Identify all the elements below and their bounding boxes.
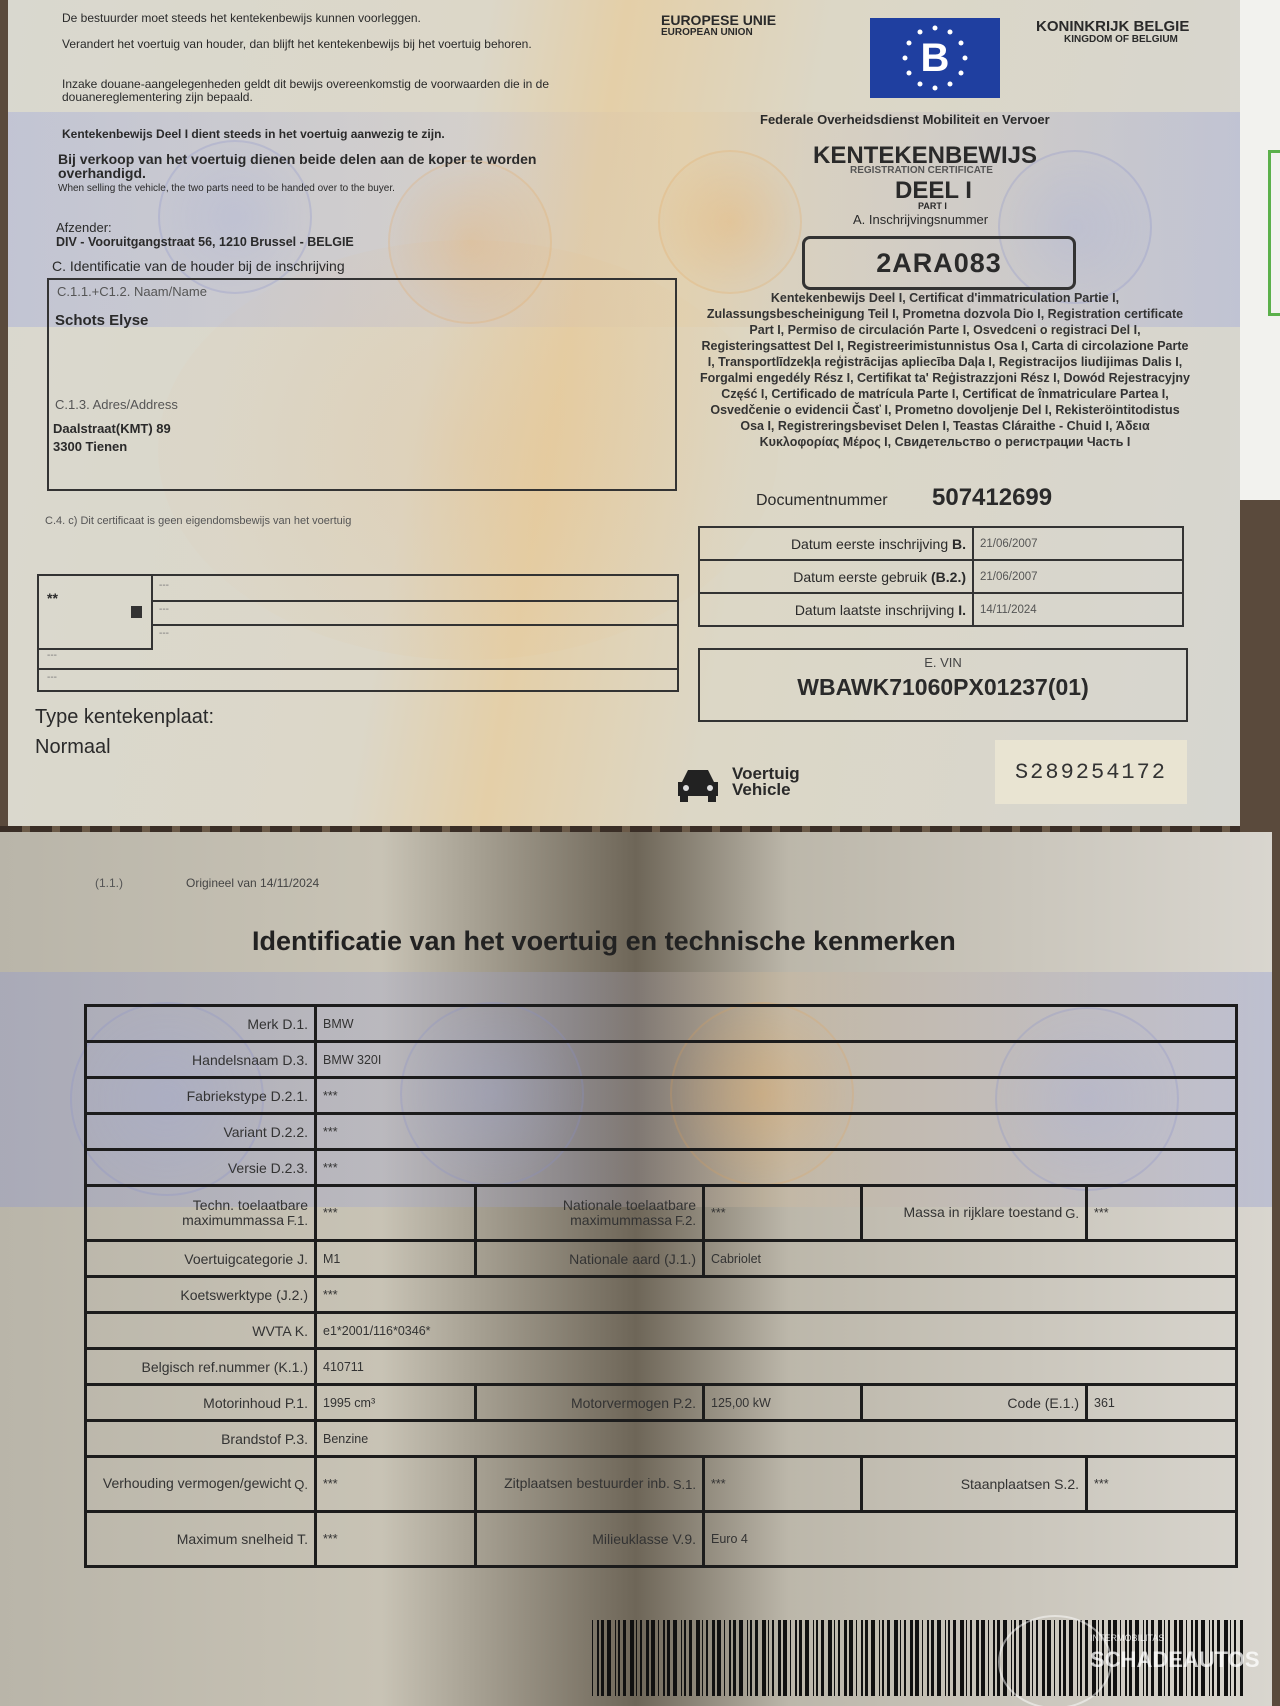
table-row: Brandstof P.3.Benzine [86,1421,1237,1457]
table-row: Belgisch ref.nummer (K.1.)410711 [86,1349,1237,1385]
wvta-label: WVTA K. [86,1313,316,1349]
date-label: Datum laatste inschrijving [795,602,955,618]
kingdom-label-nl: KONINKRIJK BELGIE [1036,18,1189,35]
address-label: C.1.3. Adres/Address [55,397,178,412]
g-value: *** [1087,1186,1237,1241]
vermogen-value: 125,00 kW [704,1385,862,1421]
fabriekstype-value: *** [316,1078,1237,1114]
variant-value: *** [316,1114,1237,1150]
note-sale-nl: Bij verkoop van het voertuig dienen beid… [58,152,578,180]
vin-label: E. VIN [700,655,1186,670]
note-owner-change: Verandert het voertuig van houder, dan b… [62,38,582,51]
code-value: 361 [1087,1385,1237,1421]
stars-marker: ** [47,590,58,606]
note-driver: De bestuurder moet steeds het kentekenbe… [62,12,622,25]
table-row: Motorinhoud P.1. 1995 cm³ Motorvermogen … [86,1385,1237,1421]
table-row: WVTA K.e1*2001/116*0346* [86,1313,1237,1349]
holder-name: Schots Elyse [55,312,148,329]
q-code: Q. [294,1477,308,1492]
table-row: Fabriekstype D.2.1.*** [86,1078,1237,1114]
date-value: 21/06/2007 [973,527,1183,560]
s2-label: Staanplaatsen S.2. [862,1457,1087,1512]
ref-label: Belgisch ref.nummer (K.1.) [86,1349,316,1385]
address-line-1: Daalstraat(KMT) 89 [53,421,171,436]
fabriekstype-label: Fabriekstype D.2.1. [86,1078,316,1114]
empty-value: --- [159,628,169,639]
divider [151,624,677,626]
motorinhoud-value: 1995 cm³ [316,1385,476,1421]
q-value: *** [316,1457,476,1512]
category-value: M1 [316,1241,476,1277]
versie-value: *** [316,1150,1237,1186]
eu-label-en: EUROPEAN UNION [661,27,753,38]
watermark-logo: INTERMOBILITAS SCHADEAUTOS [998,1615,1112,1706]
note-deel1: Kentekenbewijs Deel I dient steeds in he… [62,128,445,141]
date-label: Datum eerste gebruik [793,569,927,585]
registration-number: 2ARA083 [802,236,1076,290]
motorinhoud-label: Motorinhoud P.1. [86,1385,316,1421]
date-code: B. [952,536,966,552]
date-value: 21/06/2007 [973,560,1183,593]
aard-value: Cabriolet [704,1241,1237,1277]
sender-address: DIV - Vooruitgangstraat 56, 1210 Brussel… [56,235,354,249]
divider [39,668,677,670]
date-code: (B.2.) [931,569,966,585]
empty-value: --- [159,604,169,615]
table-row: Koetswerktype (J.2.)*** [86,1277,1237,1313]
table-row: Maximum snelheid T. *** Milieuklasse V.9… [86,1512,1237,1567]
sender-label: Afzender: [56,220,112,235]
watermark-line-1: INTERMOBILITAS [1090,1633,1164,1643]
serial-number-sticker: S289254172 [995,740,1187,804]
empty-value: --- [47,672,57,683]
country-code: B [921,36,950,81]
part-en: PART I [918,201,947,211]
wheel-watermark [658,150,802,294]
koets-value: *** [316,1277,1237,1313]
q-label-text: Verhouding vermogen/gewicht [103,1475,291,1491]
title-en: REGISTRATION CERTIFICATE [850,165,993,176]
vehicle-label-en: Vehicle [732,782,800,798]
date-row: Datum eerste inschrijving B. 21/06/2007 [699,527,1183,560]
plate-type-label: Type kentekenplaat: [35,706,214,729]
watermark-line-2: SCHADEAUTOS [1090,1647,1260,1673]
table-row: Variant D.2.2.*** [86,1114,1237,1150]
milieu-label: Milieuklasse V.9. [476,1512,704,1567]
brandstof-value: Benzine [316,1421,1237,1457]
g-label: Massa in rijklare toestandG. [862,1186,1087,1241]
variant-label: Variant D.2.2. [86,1114,316,1150]
table-row: Versie D.2.3.*** [86,1150,1237,1186]
s1-label-text: Zitplaatsen bestuurder inb. [504,1475,670,1491]
divider [151,600,677,602]
brandstof-label: Brandstof P.3. [86,1421,316,1457]
date-label: Datum eerste inschrijving [791,536,948,552]
s1-label: Zitplaatsen bestuurder inb.S.1. [476,1457,704,1512]
table-row: Verhouding vermogen/gewichtQ. *** Zitpla… [86,1457,1237,1512]
date-value: 14/11/2024 [973,593,1183,626]
stars-cell: ** [39,576,153,650]
section-ref: (1.1.) [95,876,123,890]
vehicle-label: Voertuig Vehicle [732,766,800,798]
additional-info-box: ** --- --- --- --- --- [37,574,679,692]
background-paper-edge [1240,0,1280,500]
handelsnaam-value: BMW 320I [316,1042,1237,1078]
vin-value: WBAWK71060PX01237(01) [700,674,1186,701]
s1-value: *** [704,1457,862,1512]
date-row: Datum laatste inschrijving I. 14/11/2024 [699,593,1183,626]
koets-label: Koetswerktype (J.2.) [86,1277,316,1313]
holder-section-title: C. Identificatie van de houder bij de in… [52,258,345,274]
note-sale-en: When selling the vehicle, the two parts … [58,183,395,194]
note-customs: Inzake douane-aangelegenheden geldt dit … [62,78,622,104]
technical-table: Merk D.1.BMW Handelsnaam D.3.BMW 320I Fa… [84,1004,1238,1568]
empty-value: --- [159,580,169,591]
milieu-value: Euro 4 [704,1512,1237,1567]
eu-flag-icon: B [870,18,1000,98]
plate-type-value: Normaal [35,736,111,759]
g-label-text: Massa in rijklare toestand [904,1204,1063,1220]
name-label: C.1.1.+C1.2. Naam/Name [57,284,207,299]
table-row: Handelsnaam D.3.BMW 320I [86,1042,1237,1078]
green-frame [1268,150,1280,316]
q-label: Verhouding vermogen/gewichtQ. [86,1457,316,1512]
agency-name: Federale Overheidsdienst Mobiliteit en V… [760,112,1050,127]
f2-value: *** [704,1186,862,1241]
eu-label-nl: EUROPESE UNIE [661,12,776,28]
s1-code: S.1. [673,1477,696,1492]
original-date: Origineel van 14/11/2024 [186,876,319,890]
multilingual-title: Kentekenbewijs Deel I, Certificat d'imma… [700,290,1190,450]
aard-label: Nationale aard (J.1.) [476,1241,704,1277]
date-row: Datum eerste gebruik (B.2.) 21/06/2007 [699,560,1183,593]
handelsnaam-label: Handelsnaam D.3. [86,1042,316,1078]
document-number: 507412699 [932,484,1052,512]
versie-label: Versie D.2.3. [86,1150,316,1186]
car-icon [674,764,722,804]
technical-title: Identificatie van het voertuig en techni… [252,926,956,957]
f2-code: F.2. [675,1213,696,1228]
address-line-2: 3300 Tienen [53,439,127,454]
document-number-label: Documentnummer [756,492,888,510]
wvta-value: e1*2001/116*0346* [316,1313,1237,1349]
table-row: Techn. toelaatbare maximummassaF.1. *** … [86,1186,1237,1241]
f1-value: *** [316,1186,476,1241]
f2-label: Nationale toelaatbare maximummassaF.2. [476,1186,704,1241]
registration-dates: Datum eerste inschrijving B. 21/06/2007 … [698,526,1184,627]
category-label: Voertuigcategorie J. [86,1241,316,1277]
merk-label: Merk D.1. [86,1006,316,1042]
kingdom-label-en: KINGDOM OF BELGIUM [1064,34,1178,45]
f1-code: F.1. [287,1213,308,1228]
holder-box: C.1.1.+C1.2. Naam/Name Schots Elyse C.1.… [47,278,677,491]
date-code: I. [958,602,966,618]
ownership-disclaimer: C.4. c) Dit certificaat is geen eigendom… [45,515,351,527]
merk-value: BMW [316,1006,1237,1042]
f1-label: Techn. toelaatbare maximummassaF.1. [86,1186,316,1241]
ref-value: 410711 [316,1349,1237,1385]
table-row: Voertuigcategorie J. M1 Nationale aard (… [86,1241,1237,1277]
code-label: Code (E.1.) [862,1385,1087,1421]
snelheid-label: Maximum snelheid T. [86,1512,316,1567]
table-row: Merk D.1.BMW [86,1006,1237,1042]
snelheid-value: *** [316,1512,476,1567]
g-code: G. [1065,1206,1079,1221]
plus-square-icon [131,606,142,618]
plate-label: A. Inschrijvingsnummer [853,212,988,227]
s2-value: *** [1087,1457,1237,1512]
vermogen-label: Motorvermogen P.2. [476,1385,704,1421]
vin-box: E. VIN WBAWK71060PX01237(01) [698,648,1188,722]
empty-value: --- [47,650,57,661]
